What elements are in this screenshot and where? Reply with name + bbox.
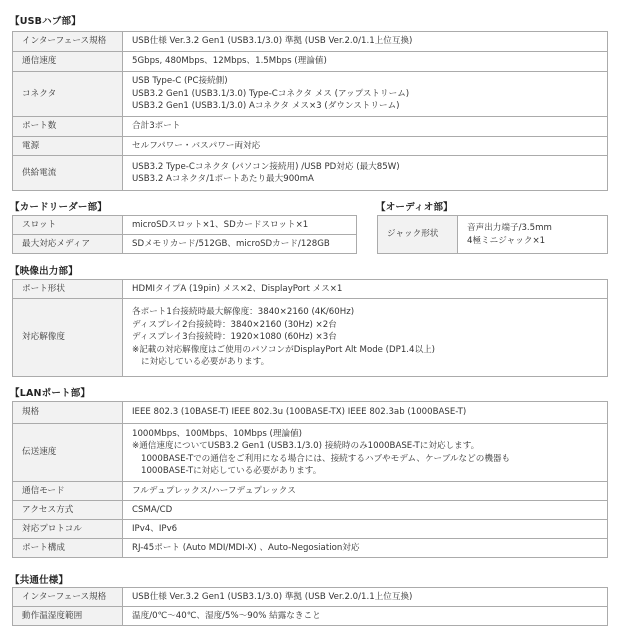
spec-value-line: フルデュプレックス/ハーフデュプレックス [132, 485, 607, 497]
usb-hub-spec-table: インターフェース規格 USB仕様 Ver.3.2 Gen1 (USB3.1/3.… [12, 31, 608, 191]
spec-value-line: USB3.2 Aコネクタ/1ポートあたり最大900mA [132, 173, 607, 185]
spec-value-line: RJ-45ポート (Auto MDI/MDI-X) 、Auto-Negosiat… [132, 542, 607, 554]
spec-value-line: IPv4、IPv6 [132, 523, 607, 535]
table-row: ポート形状 HDMIタイプA (19pin) メス×2、DisplayPort … [13, 280, 608, 299]
spec-label: 通信モード [13, 482, 123, 501]
table-row: ポート構成 RJ-45ポート (Auto MDI/MDI-X) 、Auto-Ne… [13, 539, 608, 558]
spec-value-line: USB仕様 Ver.3.2 Gen1 (USB3.1/3.0) 準拠 (USB … [132, 591, 607, 603]
common-spec-table: インターフェース規格 USB仕様 Ver.3.2 Gen1 (USB3.1/3.… [12, 587, 608, 626]
spec-label: スロット [13, 216, 123, 235]
section-title-card-reader: 【カードリーダー部】 [10, 199, 107, 213]
spec-value: 音声出力端子/3.5mm 4極ミニジャック×1 [458, 216, 608, 254]
spec-value: USB3.2 Type-Cコネクタ (パソコン接続用) /USB PD対応 (最… [123, 156, 608, 191]
spec-value: 各ポート1台接続時最大解像度：3840×2160 (4K/60Hz) ディスプレ… [123, 299, 608, 377]
spec-value-line: ディスプレイ3台接続時：1920×1080 (60Hz) ×3台 [132, 331, 607, 343]
spec-label: ポート構成 [13, 539, 123, 558]
section-title-video: 【映像出力部】 [10, 263, 78, 277]
spec-value-line: HDMIタイプA (19pin) メス×2、DisplayPort メス×1 [132, 283, 607, 295]
spec-value: フルデュプレックス/ハーフデュプレックス [123, 482, 608, 501]
spec-value: microSDスロット×1、SDカードスロット×1 [123, 216, 357, 235]
spec-value-line: 4極ミニジャック×1 [467, 235, 607, 247]
video-spec-table: ポート形状 HDMIタイプA (19pin) メス×2、DisplayPort … [12, 279, 608, 377]
spec-value-line: 1000Mbps、100Mbps、10Mbps (理論値) [132, 428, 607, 440]
spec-value-line: 合計3ポート [132, 120, 607, 132]
spec-label: 通信速度 [13, 52, 123, 72]
spec-value: RJ-45ポート (Auto MDI/MDI-X) 、Auto-Negosiat… [123, 539, 608, 558]
table-row: ポート数 合計3ポート [13, 117, 608, 137]
spec-label: 対応解像度 [13, 299, 123, 377]
table-row: 供給電流 USB3.2 Type-Cコネクタ (パソコン接続用) /USB PD… [13, 156, 608, 191]
spec-value-line: USB仕様 Ver.3.2 Gen1 (USB3.1/3.0) 準拠 (USB … [132, 35, 607, 47]
table-row: 最大対応メディア SDメモリカード/512GB、microSDカード/128GB [13, 235, 357, 254]
spec-value: SDメモリカード/512GB、microSDカード/128GB [123, 235, 357, 254]
spec-label: 供給電流 [13, 156, 123, 191]
section-title-lan: 【LANポート部】 [10, 385, 90, 399]
spec-value: IPv4、IPv6 [123, 520, 608, 539]
spec-value: 温度/0℃〜40℃、湿度/5%〜90% 結露なきこと [123, 607, 608, 626]
table-row: 通信速度 5Gbps, 480Mbps、12Mbps、1.5Mbps (理論値) [13, 52, 608, 72]
card-reader-spec-table: スロット microSDスロット×1、SDカードスロット×1 最大対応メディア … [12, 215, 357, 254]
spec-value-line: microSDスロット×1、SDカードスロット×1 [132, 219, 356, 231]
table-row: 規格 IEEE 802.3 (10BASE-T) IEEE 802.3u (10… [13, 402, 608, 424]
spec-value-line: USB3.2 Gen1 (USB3.1/3.0) Aコネクタ メス×3 (ダウン… [132, 100, 607, 112]
spec-value-line: CSMA/CD [132, 504, 607, 516]
spec-label: コネクタ [13, 72, 123, 117]
table-row: コネクタ USB Type-C (PC接続側) USB3.2 Gen1 (USB… [13, 72, 608, 117]
table-row: 電源 セルフパワー・バスパワー両対応 [13, 137, 608, 156]
spec-label: 規格 [13, 402, 123, 424]
spec-value-line: USB Type-C (PC接続側) [132, 75, 607, 87]
spec-label: ジャック形状 [378, 216, 458, 254]
spec-label: 電源 [13, 137, 123, 156]
spec-value-line: 音声出力端子/3.5mm [467, 222, 607, 234]
spec-value-line: セルフパワー・バスパワー両対応 [132, 140, 607, 152]
spec-value: USB仕様 Ver.3.2 Gen1 (USB3.1/3.0) 準拠 (USB … [123, 588, 608, 607]
table-row: 対応プロトコル IPv4、IPv6 [13, 520, 608, 539]
spec-label: ポート数 [13, 117, 123, 137]
spec-value: 1000Mbps、100Mbps、10Mbps (理論値) ※通信速度についてU… [123, 424, 608, 482]
spec-label: インターフェース規格 [13, 588, 123, 607]
table-row: ジャック形状 音声出力端子/3.5mm 4極ミニジャック×1 [378, 216, 608, 254]
spec-value: 5Gbps, 480Mbps、12Mbps、1.5Mbps (理論値) [123, 52, 608, 72]
table-row: スロット microSDスロット×1、SDカードスロット×1 [13, 216, 357, 235]
spec-label: 伝送速度 [13, 424, 123, 482]
table-row: 伝送速度 1000Mbps、100Mbps、10Mbps (理論値) ※通信速度… [13, 424, 608, 482]
spec-value-line: 1000BASE-Tに対応している必要があります。 [132, 465, 607, 477]
section-title-audio: 【オーディオ部】 [376, 199, 453, 213]
spec-value-line: ※通信速度についてUSB3.2 Gen1 (USB3.1/3.0) 接続時のみ1… [132, 440, 607, 452]
spec-value: IEEE 802.3 (10BASE-T) IEEE 802.3u (100BA… [123, 402, 608, 424]
spec-label: 動作温湿度範囲 [13, 607, 123, 626]
spec-value: 合計3ポート [123, 117, 608, 137]
table-row: 対応解像度 各ポート1台接続時最大解像度：3840×2160 (4K/60Hz)… [13, 299, 608, 377]
spec-value-line: に対応している必要があります。 [132, 356, 607, 368]
table-row: インターフェース規格 USB仕様 Ver.3.2 Gen1 (USB3.1/3.… [13, 32, 608, 52]
spec-label: 対応プロトコル [13, 520, 123, 539]
spec-value-line: USB3.2 Type-Cコネクタ (パソコン接続用) /USB PD対応 (最… [132, 161, 607, 173]
spec-value-line: ディスプレイ2台接続時：3840×2160 (30Hz) ×2台 [132, 319, 607, 331]
spec-value-line: IEEE 802.3 (10BASE-T) IEEE 802.3u (100BA… [132, 406, 607, 418]
lan-spec-table: 規格 IEEE 802.3 (10BASE-T) IEEE 802.3u (10… [12, 401, 608, 558]
spec-label: アクセス方式 [13, 501, 123, 520]
spec-label: ポート形状 [13, 280, 123, 299]
spec-value: USB仕様 Ver.3.2 Gen1 (USB3.1/3.0) 準拠 (USB … [123, 32, 608, 52]
spec-label: インターフェース規格 [13, 32, 123, 52]
spec-value-line: 温度/0℃〜40℃、湿度/5%〜90% 結露なきこと [132, 610, 607, 622]
section-title-common: 【共通仕様】 [10, 572, 68, 586]
spec-value: CSMA/CD [123, 501, 608, 520]
audio-spec-table: ジャック形状 音声出力端子/3.5mm 4極ミニジャック×1 [377, 215, 608, 254]
spec-value: HDMIタイプA (19pin) メス×2、DisplayPort メス×1 [123, 280, 608, 299]
table-row: インターフェース規格 USB仕様 Ver.3.2 Gen1 (USB3.1/3.… [13, 588, 608, 607]
spec-value-line: SDメモリカード/512GB、microSDカード/128GB [132, 238, 356, 250]
spec-value: セルフパワー・バスパワー両対応 [123, 137, 608, 156]
table-row: アクセス方式 CSMA/CD [13, 501, 608, 520]
spec-value-line: ※記載の対応解像度はご使用のパソコンがDisplayPort Alt Mode … [132, 344, 607, 356]
table-row: 通信モード フルデュプレックス/ハーフデュプレックス [13, 482, 608, 501]
table-row: 動作温湿度範囲 温度/0℃〜40℃、湿度/5%〜90% 結露なきこと [13, 607, 608, 626]
section-title-usb-hub: 【USBハブ部】 [10, 13, 81, 27]
spec-label: 最大対応メディア [13, 235, 123, 254]
spec-value-line: USB3.2 Gen1 (USB3.1/3.0) Type-Cコネクタ メス (… [132, 88, 607, 100]
spec-value-line: 1000BASE-Tでの通信をご利用になる場合には、接続するハブやモデム、ケーブ… [132, 453, 607, 465]
spec-value-line: 5Gbps, 480Mbps、12Mbps、1.5Mbps (理論値) [132, 55, 607, 67]
spec-value-line: 各ポート1台接続時最大解像度：3840×2160 (4K/60Hz) [132, 306, 607, 318]
spec-value: USB Type-C (PC接続側) USB3.2 Gen1 (USB3.1/3… [123, 72, 608, 117]
